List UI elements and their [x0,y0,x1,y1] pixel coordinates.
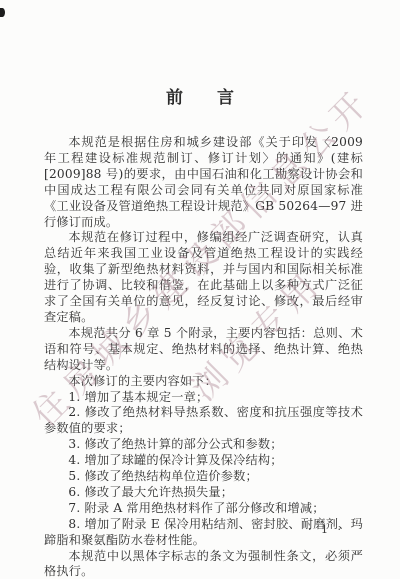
closing-paragraph: 本规范中以黑体字标志的条文为强制性条文，必须严格执行。 [44,549,363,579]
revision-item-4: 4. 增加了球罐的保冷计算及保冷结构； [44,453,363,469]
revision-item-1: 1. 增加了基本规定一章； [44,390,363,406]
revision-item-6: 6. 修改了最大允许热损失量； [44,485,363,501]
revision-item-3: 3. 修改了绝热计算的部分公式和参数； [44,437,363,453]
page-number: · 1 · [308,523,344,536]
document-body: 本规范是根据住房和城乡建设部《关于印发〈2009 年工程建设标准规范制订、修订计… [44,135,363,579]
paragraph-1: 本规范是根据住房和城乡建设部《关于印发〈2009 年工程建设标准规范制订、修订计… [44,135,363,230]
paragraph-2: 本规范在修订过程中，修编组经广泛调查研究，认真总结近年来我国工业设备及管道绝热工… [44,230,363,325]
page-title: 前 言 [0,83,400,108]
paragraph-3: 本规范共分 6 章 5 个附录，主要内容包括：总则、术语和符号、基本规定、绝热材… [44,326,363,374]
revision-item-2: 2. 修改了绝热材料导热系数、密度和抗压强度等技术参数值的要求； [44,405,363,437]
revision-item-7: 7. 附录 A 常用绝热材料作了部分修改和增减； [44,501,363,517]
scan-artifact [0,8,5,17]
revision-item-5: 5. 修改了绝热结构单位造价参数； [44,469,363,485]
paragraph-4: 本次修订的主要内容如下： [44,374,363,390]
document-page: 前 言 本规范是根据住房和城乡建设部《关于印发〈2009 年工程建设标准规范制订… [0,0,400,579]
